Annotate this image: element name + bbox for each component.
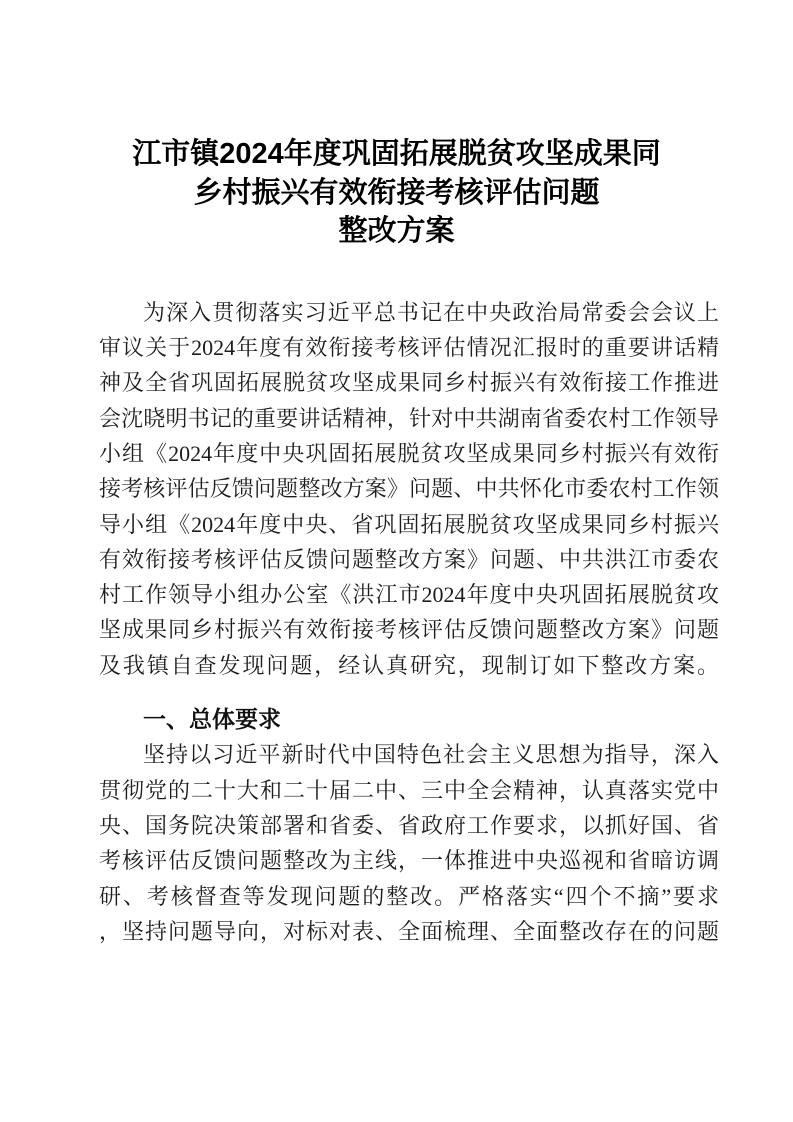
intro-line: 为深入贯彻落实习近平总书记在中央政治局常委会会议上 <box>99 295 719 330</box>
overall-line: ，坚持问题导向，对标对表、全面梳理、全面整改存在的问题 <box>99 914 719 949</box>
intro-line: 导小组《2024年度中央、省巩固拓展脱贫攻坚成果同乡村振兴 <box>99 507 719 542</box>
overall-line: 研、考核督查等发现问题的整改。严格落实“四个不摘”要求 <box>99 879 719 914</box>
intro-line: 审议关于2024年度有效衔接考核评估情况汇报时的重要讲话精 <box>99 330 719 365</box>
document-title-line-3: 整改方案 <box>0 212 793 251</box>
section-heading-overall-requirements: 一、总体要求 <box>99 702 719 737</box>
overall-requirements-paragraph: 坚持以习近平新时代中国特色社会主义思想为指导，深入 贯彻党的二十大和二十届二中、… <box>99 737 719 949</box>
intro-line: 村工作领导小组办公室《洪江市2024年度中央巩固拓展脱贫攻 <box>99 577 719 612</box>
intro-paragraph: 为深入贯彻落实习近平总书记在中央政治局常委会会议上 审议关于2024年度有效衔接… <box>99 295 719 683</box>
overall-line: 贯彻党的二十大和二十届二中、三中全会精神，认真落实党中 <box>99 773 719 808</box>
document-title: 江市镇2024年度巩固拓展脱贫攻坚成果同 乡村振兴有效衔接考核评估问题 整改方案 <box>0 0 793 251</box>
intro-line: 神及全省巩固拓展脱贫攻坚成果同乡村振兴有效衔接工作推进 <box>99 365 719 400</box>
document-page: 江市镇2024年度巩固拓展脱贫攻坚成果同 乡村振兴有效衔接考核评估问题 整改方案… <box>0 0 793 1122</box>
overall-line: 坚持以习近平新时代中国特色社会主义思想为指导，深入 <box>99 737 719 772</box>
intro-line: 小组《2024年度中央巩固拓展脱贫攻坚成果同乡村振兴有效衔 <box>99 436 719 471</box>
document-title-line-2: 乡村振兴有效衔接考核评估问题 <box>0 174 793 213</box>
intro-line: 坚成果同乡村振兴有效衔接考核评估反馈问题整改方案》问题 <box>99 612 719 647</box>
intro-line: 接考核评估反馈问题整改方案》问题、中共怀化市委农村工作领 <box>99 471 719 506</box>
document-body: 为深入贯彻落实习近平总书记在中央政治局常委会会议上 审议关于2024年度有效衔接… <box>99 295 719 949</box>
intro-line: 有效衔接考核评估反馈问题整改方案》问题、中共洪江市委农 <box>99 542 719 577</box>
intro-line: 会沈晓明书记的重要讲话精神，针对中共湖南省委农村工作领导 <box>99 401 719 436</box>
document-title-line-1: 江市镇2024年度巩固拓展脱贫攻坚成果同 <box>0 135 793 174</box>
overall-line: 考核评估反馈问题整改为主线，一体推进中央巡视和省暗访调 <box>99 843 719 878</box>
intro-line: 及我镇自查发现问题，经认真研究，现制订如下整改方案。 <box>99 648 719 683</box>
overall-line: 央、国务院决策部署和省委、省政府工作要求，以抓好国、省 <box>99 808 719 843</box>
